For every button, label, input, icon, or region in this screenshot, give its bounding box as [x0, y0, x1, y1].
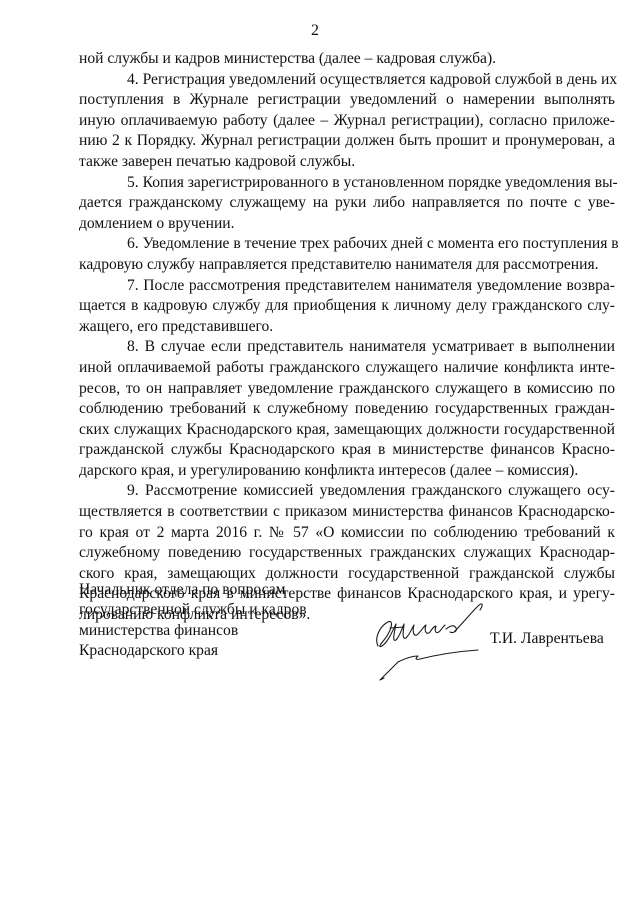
paragraph-line: 9. Рассмотрение комиссией уведомления гр…: [79, 481, 615, 502]
paragraph-line: ресов, то он направляет уведомление граж…: [79, 379, 615, 400]
handwritten-signature-icon: [370, 598, 485, 686]
paragraph-line: 5. Копия зарегистрированного в установле…: [79, 173, 615, 194]
paragraph-line: ских служащих Краснодарского края, замещ…: [79, 420, 615, 441]
signatory-position-line: Краснодарского края: [79, 641, 307, 661]
paragraph-line: гражданской службы Краснодарского края в…: [79, 440, 615, 461]
paragraph-line: служебному поведению государственных гра…: [79, 543, 615, 564]
paragraph-line: поступления в Журнале регистрации уведом…: [79, 90, 615, 111]
paragraph-line: иной оплачиваемой работы гражданского сл…: [79, 358, 615, 379]
paragraph-line: иную оплачиваемую работу (далее – Журнал…: [79, 111, 615, 132]
paragraph-line: дарского края, и урегулированию конфликт…: [79, 461, 615, 482]
document-body: ной службы и кадров министерства (далее …: [79, 49, 615, 626]
paragraph-line: нию 2 к Порядку. Журнал регистрации долж…: [79, 131, 615, 152]
document-page: 2 ной службы и кадров министерства (дале…: [0, 0, 630, 905]
paragraph-line: дается гражданскому служащему на руки ли…: [79, 193, 615, 214]
paragraph-line: соблюдению требований к служебному повед…: [79, 399, 615, 420]
paragraph-line: кадровую службу направляется представите…: [79, 255, 615, 276]
paragraph-line: го края от 2 марта 2016 г. № 57 «О комис…: [79, 523, 615, 544]
paragraph-line: домлением о вручении.: [79, 214, 615, 235]
signatory-position-line: Начальник отдела по вопросам: [79, 580, 307, 600]
paragraph-line: жащего, его представившего.: [79, 317, 615, 338]
signatory-position-line: государственной службы и кадров: [79, 600, 307, 620]
paragraph-line: щается в кадровую службу для приобщения …: [79, 296, 615, 317]
paragraph-line: также заверен печатью кадровой службы.: [79, 152, 615, 173]
signatory-name: Т.И. Лаврентьева: [490, 629, 604, 649]
signatory-position-line: министерства финансов: [79, 621, 307, 641]
page-number: 2: [0, 22, 630, 40]
signatory-position: Начальник отдела по вопросам государстве…: [79, 580, 307, 662]
paragraph-line: 6. Уведомление в течение трех рабочих дн…: [79, 234, 615, 255]
paragraph-line: 4. Регистрация уведомлений осуществляетс…: [79, 70, 615, 91]
paragraph-line: 7. После рассмотрения представителем нан…: [79, 276, 615, 297]
paragraph-line: ной службы и кадров министерства (далее …: [79, 49, 615, 70]
paragraph-line: ществляется в соответствии с приказом ми…: [79, 502, 615, 523]
paragraph-line: 8. В случае если представитель нанимател…: [79, 337, 615, 358]
